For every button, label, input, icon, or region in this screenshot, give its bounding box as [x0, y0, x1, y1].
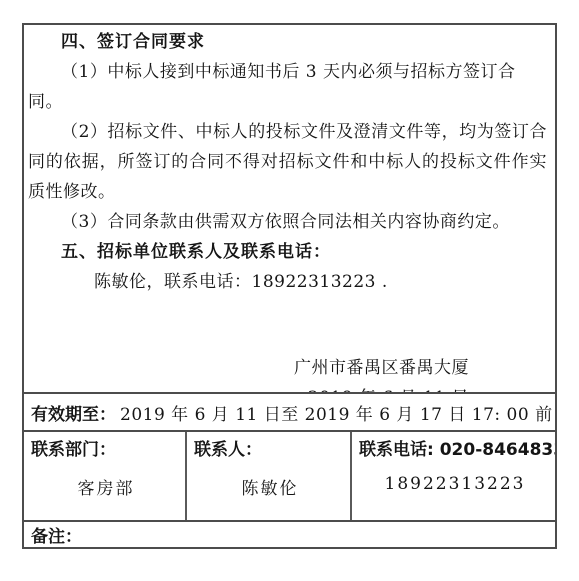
section-4-item-3: （3）合同条款由供需双方依照合同法相关内容协商约定。	[28, 207, 547, 237]
contact-dept-label: 联系部门：	[31, 438, 181, 462]
contact-dept-cell: 联系部门： 客房部	[24, 432, 185, 520]
signature-block: 广州市番禺区番禺大厦 2019 年 6 月 11 日	[28, 353, 547, 392]
contact-person-value: 陈敏伦	[194, 474, 346, 499]
document-border-box: 四、签订合同要求 （1）中标人接到中标通知书后 3 天内必须与招标方签订合同。 …	[22, 23, 557, 549]
contact-person-cell: 联系人： 陈敏伦	[185, 432, 350, 520]
section-4-item-1: （1）中标人接到中标通知书后 3 天内必须与招标方签订合同。	[28, 57, 547, 117]
remark-label: 备注：	[31, 522, 82, 547]
validity-value: 2019 年 6 月 11 日至 2019 年 6 月 17 日 17: 00 …	[116, 400, 553, 425]
contact-phone-value: 18922313223	[359, 474, 551, 494]
contact-phone-cell: 联系电话: 020-84648333 18922313223	[350, 432, 555, 520]
document-body: 四、签订合同要求 （1）中标人接到中标通知书后 3 天内必须与招标方签订合同。 …	[24, 25, 555, 392]
validity-label: 有效期至：	[31, 400, 116, 425]
signature-org: 广州市番禺区番禺大厦	[28, 353, 469, 383]
section-4-item-2: （2）招标文件、中标人的投标文件及澄清文件等，均为签订合同的依据，所签订的合同不…	[28, 117, 547, 207]
section-5-heading: 五、招标单位联系人及联系电话：	[28, 237, 547, 267]
contact-dept-value: 客房部	[31, 474, 181, 499]
remark-row: 备注：	[24, 520, 555, 547]
contact-row: 联系部门： 客房部 联系人： 陈敏伦 联系电话: 020-84648333 18…	[24, 430, 555, 520]
signature-date: 2019 年 6 月 11 日	[28, 383, 469, 392]
section-4-heading: 四、签订合同要求	[28, 27, 547, 57]
contact-phone-label: 联系电话: 020-84648333	[359, 438, 551, 462]
contact-person-label: 联系人：	[194, 438, 346, 462]
section-5-contact-line: 陈敏伦，联系电话：18922313223 .	[28, 267, 547, 297]
validity-row: 有效期至： 2019 年 6 月 11 日至 2019 年 6 月 17 日 1…	[24, 392, 555, 430]
